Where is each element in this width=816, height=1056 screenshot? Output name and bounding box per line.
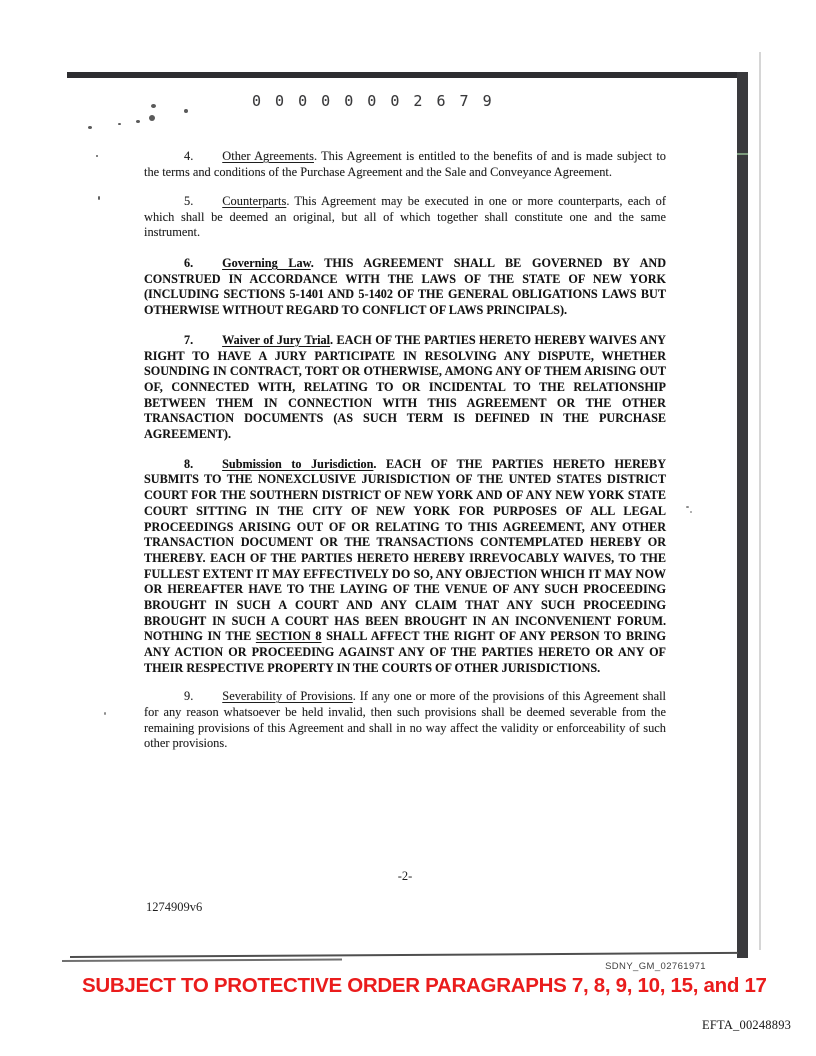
ink-speck: [118, 123, 121, 125]
paragraph-number: 7.: [184, 333, 193, 347]
section-reference: SECTION 8: [256, 629, 322, 643]
scan-border-top: [67, 72, 748, 78]
paragraph-number: 4.: [184, 149, 193, 163]
ink-speck: [149, 115, 155, 121]
agreement-paragraph-7: 7.Waiver of Jury Trial. EACH OF THE PART…: [144, 333, 666, 443]
protective-order-legend: SUBJECT TO PROTECTIVE ORDER PARAGRAPHS 7…: [82, 974, 767, 998]
section-heading: Severability of Provisions: [222, 689, 352, 703]
agreement-paragraph-8: 8.Submission to Jurisdiction. EACH OF TH…: [144, 457, 666, 677]
ink-speck: [151, 104, 156, 108]
ink-speck: [690, 511, 692, 513]
scan-border-bottom: [70, 952, 738, 958]
section-heading: Governing Law: [222, 256, 311, 270]
bates-number-efta: EFTA_00248893: [702, 1018, 791, 1033]
tab-spacer: [193, 159, 222, 160]
page-number: -2-: [144, 869, 666, 884]
document-page: 0 0 0 0 0 0 0 2 6 7 9 4.Other Agreements…: [0, 0, 816, 1056]
tab-spacer: [193, 699, 222, 700]
stamp-number: 0 0 0 0 0 0 0 2 6 7 9: [252, 92, 494, 110]
paragraph-number: 8.: [184, 457, 193, 471]
tab-spacer: [193, 467, 222, 468]
ink-speck: [96, 155, 98, 157]
document-body: 4.Other Agreements. This Agreement is en…: [144, 149, 666, 752]
ink-speck: [98, 196, 100, 200]
section-heading: Counterparts: [222, 194, 286, 208]
tab-spacer: [193, 343, 222, 344]
scan-border-right: [737, 72, 748, 958]
paragraph-number: 5.: [184, 194, 193, 208]
ink-speck: [104, 712, 106, 715]
paragraph-text: . EACH OF THE PARTIES HERETO HEREBY WAIV…: [144, 333, 666, 441]
agreement-paragraph-5: 5.Counterparts. This Agreement may be ex…: [144, 194, 666, 241]
agreement-paragraph-6: 6.Governing Law. THIS AGREEMENT SHALL BE…: [144, 256, 666, 319]
tab-spacer: [193, 266, 222, 267]
ink-speck: [88, 126, 92, 129]
tab-spacer: [193, 204, 222, 205]
bates-number-sdny: SDNY_GM_02761971: [0, 961, 706, 972]
paragraph-text: . EACH OF THE PARTIES HERETO HEREBY SUBM…: [144, 457, 666, 644]
ink-speck: [184, 109, 188, 113]
agreement-paragraph-4: 4.Other Agreements. This Agreement is en…: [144, 149, 666, 180]
document-version-number: 1274909v6: [146, 900, 202, 915]
paragraph-number: 6.: [184, 256, 193, 270]
section-heading: Waiver of Jury Trial: [222, 333, 330, 347]
paper-edge-line: [759, 52, 761, 950]
section-heading: Submission to Jurisdiction: [222, 457, 373, 471]
ink-speck: [686, 506, 689, 508]
scan-artifact-tick: [737, 153, 748, 155]
section-heading: Other Agreements: [222, 149, 314, 163]
paragraph-number: 9.: [184, 689, 193, 703]
ink-speck: [136, 120, 140, 123]
agreement-paragraph-9: 9.Severability of Provisions. If any one…: [144, 689, 666, 752]
